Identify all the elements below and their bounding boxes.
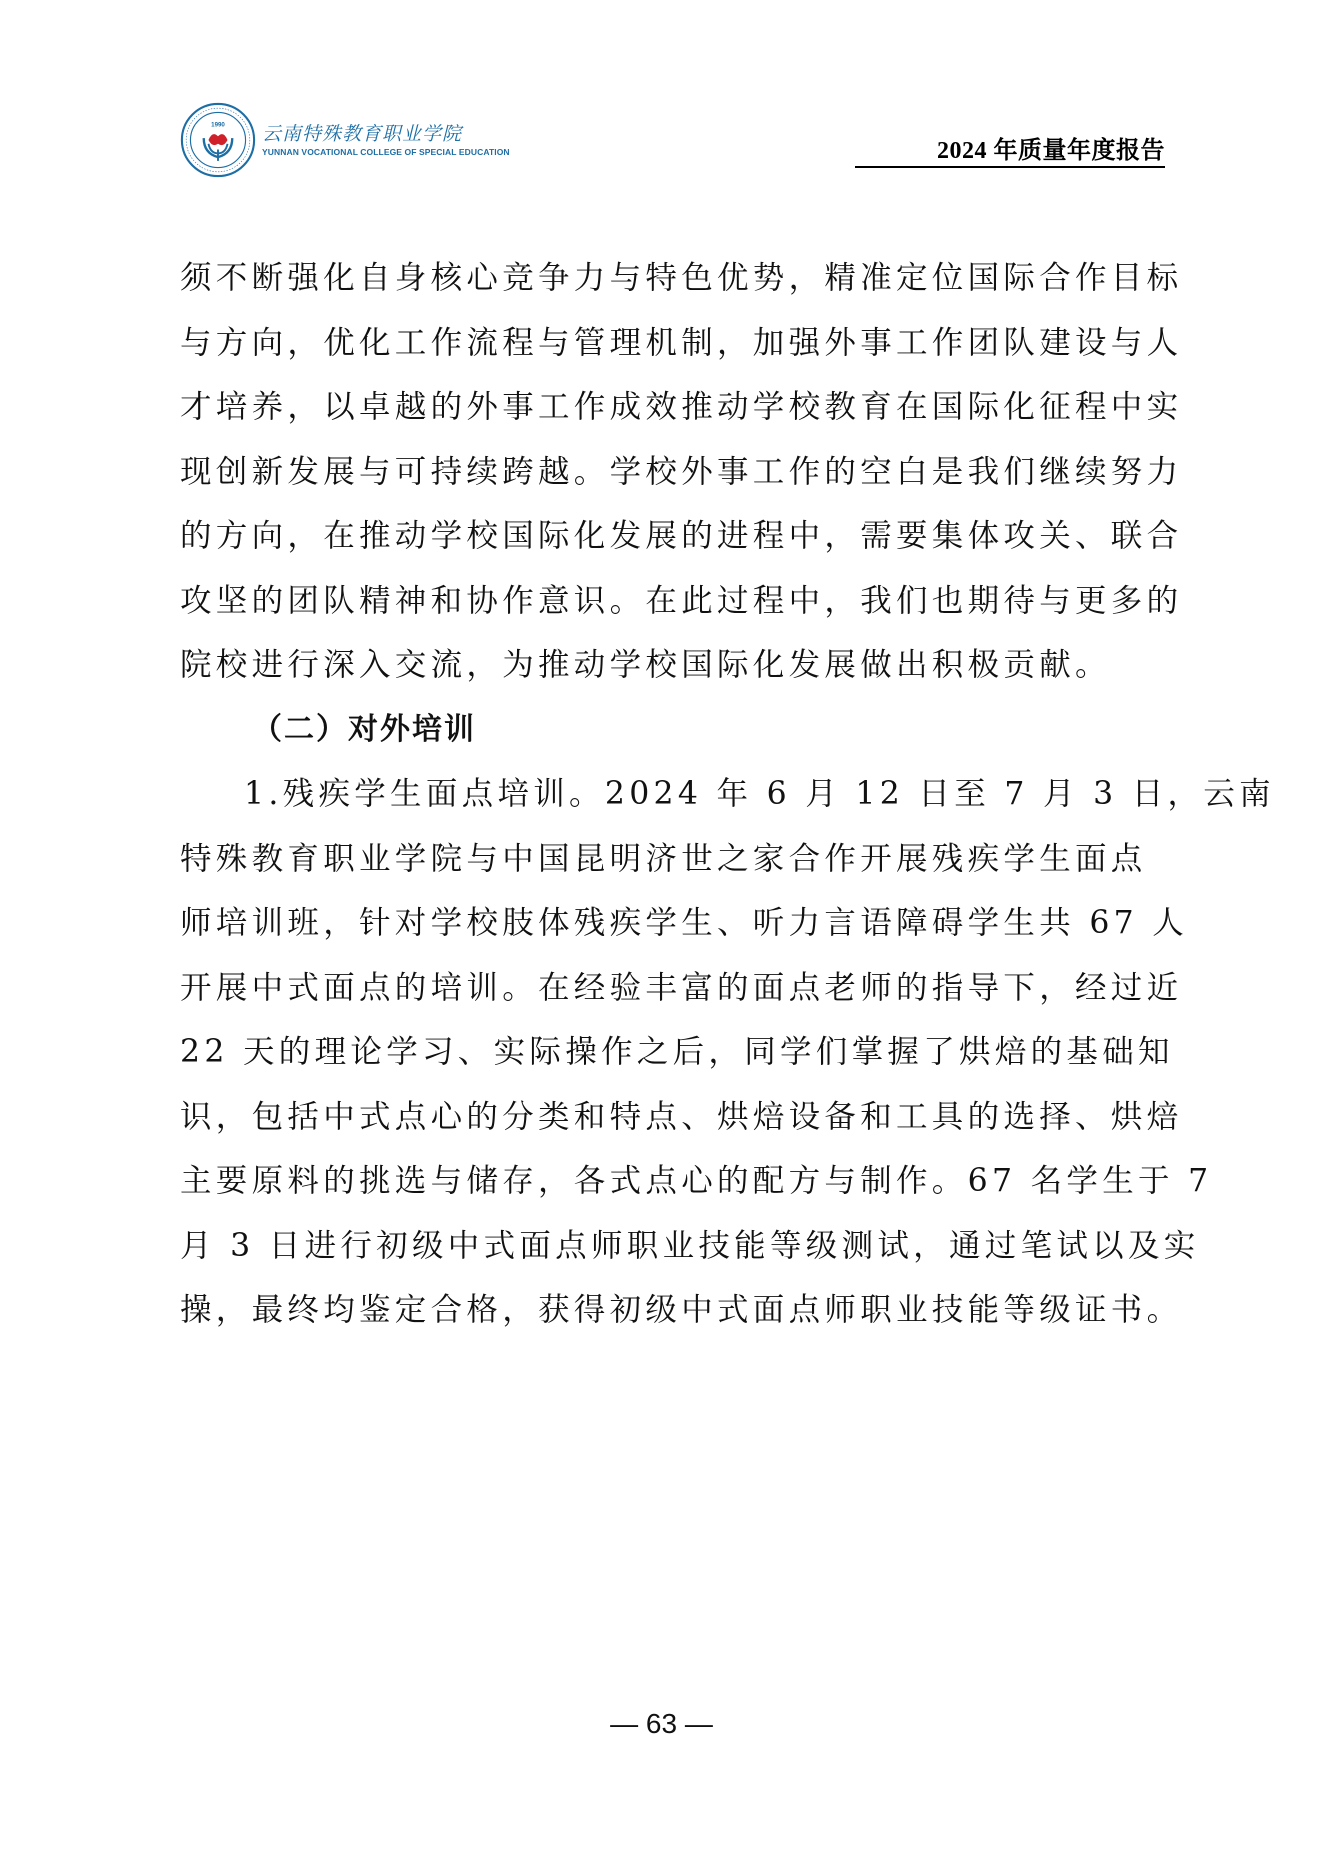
college-logo: 1990 云南特殊教育职业学院 YUNNAN VOCATIONAL COLLEG… <box>180 100 480 180</box>
text-line: 主要原料的挑选与储存，各式点心的配方与制作。67 名学生于 7 <box>180 1149 1165 1214</box>
text-line: 的方向，在推动学校国际化发展的进程中，需要集体攻关、联合 <box>180 504 1165 569</box>
report-title: 2024 年质量年度报告 <box>937 130 1165 165</box>
text-line: 攻坚的团队精神和协作意识。在此过程中，我们也期待与更多的 <box>180 569 1165 634</box>
college-seal-icon: 1990 <box>180 102 256 178</box>
svg-text:1990: 1990 <box>211 122 225 129</box>
text-line: 识，包括中式点心的分类和特点、烘焙设备和工具的选择、烘焙 <box>180 1085 1165 1150</box>
college-name-cn: 云南特殊教育职业学院 <box>262 122 510 146</box>
text-line: 操，最终均鉴定合格，获得初级中式面点师职业技能等级证书。 <box>180 1278 1165 1343</box>
paragraph-pastry-training: 1.残疾学生面点培训。2024 年 6 月 12 日至 7 月 3 日，云南 特… <box>180 762 1165 1343</box>
text-line: 院校进行深入交流，为推动学校国际化发展做出积极贡献。 <box>180 633 1165 698</box>
text-line: 1.残疾学生面点培训。2024 年 6 月 12 日至 7 月 3 日，云南 <box>180 762 1165 827</box>
text-line: 与方向，优化工作流程与管理机制，加强外事工作团队建设与人 <box>180 311 1165 376</box>
text-line: 现创新发展与可持续跨越。学校外事工作的空白是我们继续努力 <box>180 440 1165 505</box>
college-name-en: YUNNAN VOCATIONAL COLLEGE OF SPECIAL EDU… <box>262 146 510 158</box>
text-line: 师培训班，针对学校肢体残疾学生、听力言语障碍学生共 67 人 <box>180 891 1165 956</box>
page-header: 1990 云南特殊教育职业学院 YUNNAN VOCATIONAL COLLEG… <box>180 100 1165 180</box>
text-line: 才培养，以卓越的外事工作成效推动学校教育在国际化征程中实 <box>180 375 1165 440</box>
text-line: 特殊教育职业学院与中国昆明济世之家合作开展残疾学生面点 <box>180 827 1165 892</box>
page-number: — 63 — <box>0 1708 1323 1740</box>
text-line: 须不断强化自身核心竞争力与特色优势，精准定位国际合作目标 <box>180 246 1165 311</box>
text-line: 月 3 日进行初级中式面点师职业技能等级测试，通过笔试以及实 <box>180 1214 1165 1279</box>
paragraph-international-affairs: 须不断强化自身核心竞争力与特色优势，精准定位国际合作目标 与方向，优化工作流程与… <box>180 246 1165 698</box>
text-line: 开展中式面点的培训。在经验丰富的面点老师的指导下，经过近 <box>180 956 1165 1021</box>
section-heading: （二）对外培训 <box>180 698 1165 763</box>
page-content: 须不断强化自身核心竞争力与特色优势，精准定位国际合作目标 与方向，优化工作流程与… <box>180 246 1165 1343</box>
text-line: 22 天的理论学习、实际操作之后，同学们掌握了烘焙的基础知 <box>180 1020 1165 1085</box>
header-divider <box>855 166 1165 168</box>
